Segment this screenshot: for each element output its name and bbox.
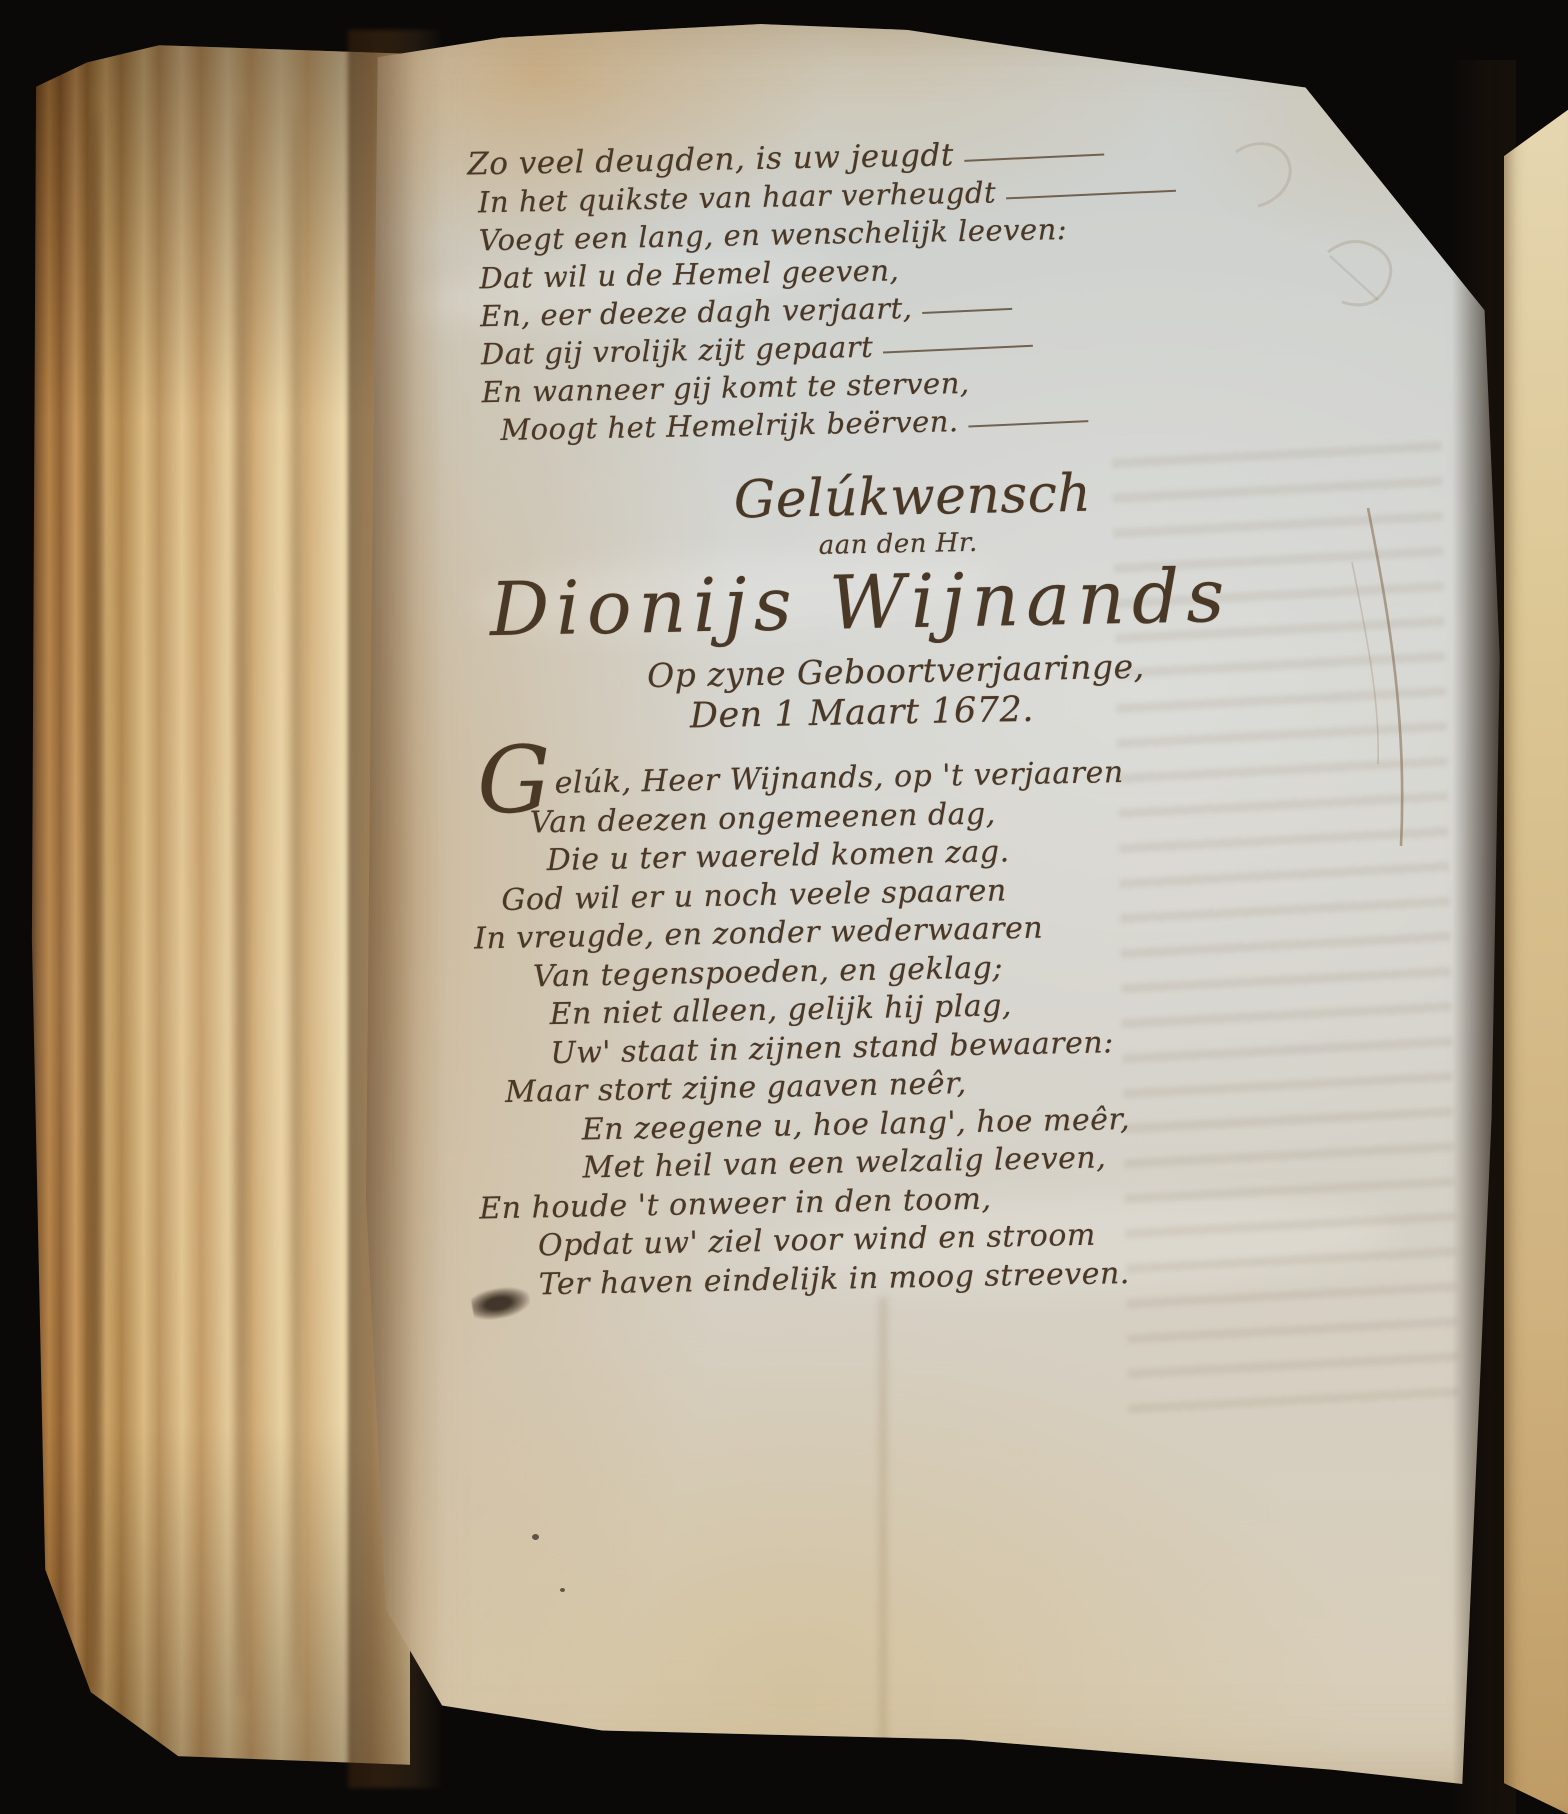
poem-line-text: Moogt het Hemelrijk beërven.: [500, 404, 959, 447]
manuscript-photo: Zo veel deugden, is uw jeugdt In het qui…: [0, 0, 1568, 1814]
flourish-dash: [922, 308, 1012, 314]
book-page-stack: [30, 40, 410, 1770]
flourish-dash: [969, 420, 1089, 427]
page-stack-streak: [292, 109, 301, 1701]
poem-line-text: Dat wil u de Hemel geeven,: [479, 253, 899, 295]
poem-line-text: Van deezen ongemeenen dag,: [530, 796, 996, 840]
poem-line-text: Van tegenspoeden, en geklag;: [533, 950, 1004, 994]
poem-line-text: Die u ter waereld komen zag.: [546, 834, 1010, 878]
poem-line-text: Met heil van een welzalig leeven,: [582, 1140, 1106, 1185]
page-stack-streak: [236, 109, 246, 1701]
page-stack-streak: [88, 109, 102, 1701]
paper-crease: [880, 1298, 886, 1778]
ink-speck: [532, 1534, 539, 1540]
title-gelukwensch: Gelúkwensch: [733, 460, 1256, 530]
poem-top: Zo veel deugden, is uw jeugdt In het qui…: [459, 131, 1255, 450]
poem-line-text: Dat gij vrolijk zijt gepaart: [481, 330, 874, 372]
flourish-dash: [883, 345, 1033, 354]
poem-main: Gelúk, Heer Wijnands, op 't verjaaren Va…: [471, 751, 1271, 1305]
ink-speck: [560, 1588, 565, 1592]
handwritten-text-block: Zo veel deugden, is uw jeugdt In het qui…: [459, 131, 1271, 1306]
date-line: Den 1 Maart 1672.: [690, 685, 1261, 736]
flourish-dash: [1006, 190, 1176, 200]
flourish-dash: [964, 153, 1104, 161]
next-page-edge: [1504, 96, 1568, 1814]
poem-line-text: Maar stort zijne gaaven neêr,: [505, 1066, 967, 1110]
recipient-name: Dionijs Wijnands: [489, 552, 1259, 653]
title-block: Gelúkwensch aan den Hr. Dionijs Wijnands…: [465, 460, 1260, 740]
poem-line-text: En niet alleen, gelijk hij plag,: [549, 988, 1012, 1032]
poem-line-text: En, eer deeze dagh verjaart,: [480, 291, 913, 333]
poem-line-text: elúk, Heer Wijnands, op 't verjaaren: [554, 755, 1124, 801]
